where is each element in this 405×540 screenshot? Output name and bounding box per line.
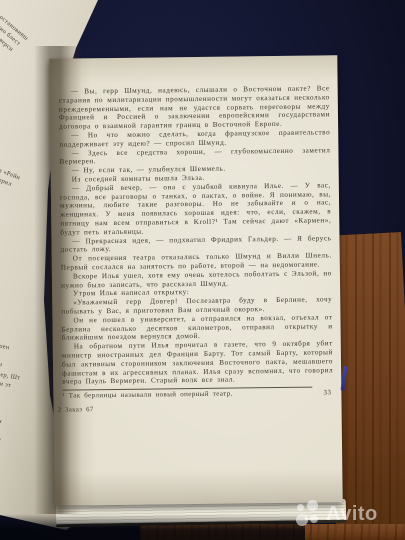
- paragraph: — Добрый вечер, — она с улыбкой кивнула …: [60, 181, 332, 237]
- paragraph: Он не пошел в университет, а отправился …: [61, 313, 332, 343]
- photo-background: удалением остановивше с лихорадочно блес…: [0, 0, 405, 540]
- avito-logo-icon: [296, 499, 323, 529]
- printer-mark: 2 Заказ 67: [58, 403, 334, 415]
- left-page-text-block: удалением остановивше с лихорадочно блес…: [0, 0, 30, 142]
- page-text: — Вы, герр Шмунд, надеюсь, слышали о Вос…: [59, 84, 334, 415]
- paragraph: На обратном пути Илья прочитал в газете,…: [62, 339, 334, 386]
- page-number: 33: [323, 389, 333, 398]
- footnote-row: ¹ Так берлинцы называли новый оперный те…: [62, 389, 333, 401]
- avito-watermark: Avito: [296, 499, 378, 529]
- page-paragraphs: — Вы, герр Шмунд, надеюсь, слышали о Вос…: [59, 84, 334, 386]
- footnote: ¹ Так берлинцы называли новый оперный те…: [62, 391, 232, 402]
- left-page-text-block: существу военмунд.что в империейхсвера В…: [0, 336, 26, 464]
- avito-watermark-label: Avito: [326, 503, 378, 526]
- right-page: — Вы, герр Шмунд, надеюсь, слышали о Вос…: [49, 55, 342, 505]
- left-page-text-block: же поступил в «Рейнал заводы, говорилв к…: [0, 152, 22, 294]
- paragraph: — Вы, герр Шмунд, надеюсь, слышали о Вос…: [59, 84, 331, 131]
